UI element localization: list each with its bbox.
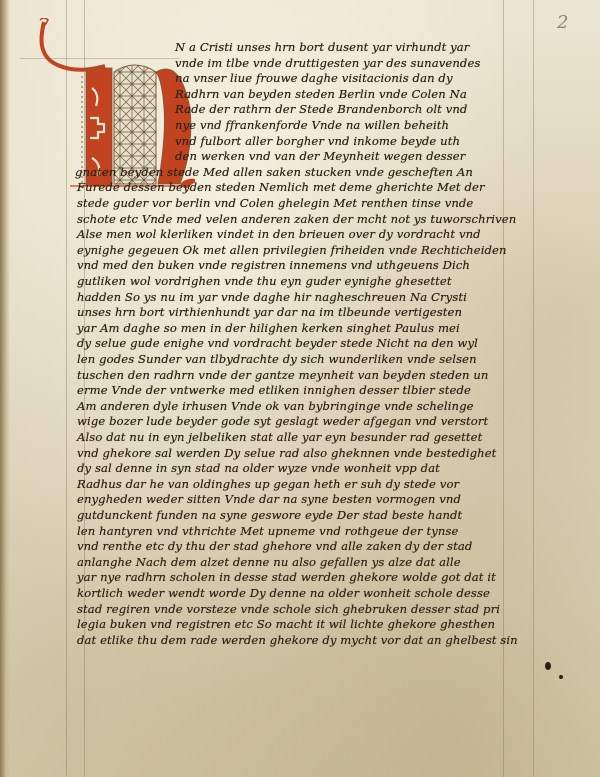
manuscript-line: nye vnd ffrankenforde Vnde na willen beh… [175,118,535,132]
manuscript-line: kortlich weder wendt worde Dy denne na o… [77,586,535,600]
manuscript-line: gnaten beyden stede Med allen saken stuc… [75,165,535,179]
decorated-initial-n-icon [30,18,195,188]
manuscript-line: N a Cristi unses hrn bort dusent yar vir… [175,40,535,54]
manuscript-line: Radhrn van beyden steden Berlin vnde Col… [175,87,535,101]
manuscript-line: erme Vnde der vntwerke med etliken innig… [77,383,535,397]
manuscript-line: tuschen den radhrn vnde der gantze meynh… [77,368,535,382]
manuscript-line: Alse men wol klerliken vindet in den bri… [77,227,535,241]
manuscript-line: vnd renthe etc dy thu der stad ghehore v… [77,539,535,553]
manuscript-line: den werken vnd van der Meynheit wegen de… [175,149,535,163]
manuscript-line: Rade der rathrn der Stede Brandenborch o… [175,102,535,116]
manuscript-line: dy selue gude enighe vnd vordracht beyde… [77,336,535,350]
manuscript-line: Also dat nu in eyn jelbeliken stat alle … [77,430,535,444]
manuscript-line: eynighe gegeuen Ok met allen privilegien… [77,243,535,257]
manuscript-line: vnd ghekore sal werden Dy selue rad also… [77,446,535,460]
folio-number: 2 [557,12,568,33]
manuscript-line: vnd fulbort aller borgher vnd inkome bey… [175,134,535,148]
manuscript-line: vnd med den buken vnde registren innemen… [77,258,535,272]
manuscript-line: yar Am daghe so men in der hilighen kerk… [77,321,535,335]
manuscript-line: schote etc Vnde med velen anderen zaken … [77,212,535,226]
ink-blot [545,662,551,670]
manuscript-line: len godes Sunder van tlbydrachte dy sich… [77,352,535,366]
manuscript-line: Furede dessen beyden steden Nemlich met … [77,180,535,194]
manuscript-line: Radhus dar he van oldinghes up gegan het… [77,477,535,491]
manuscript-line: unses hrn bort virthienhundt yar dar na … [77,305,535,319]
manuscript-line: hadden So ys nu im yar vnde daghe hir na… [77,290,535,304]
manuscript-line: stede guder vor berlin vnd Colen ghelegi… [77,196,535,210]
manuscript-line: na vnser liue frouwe daghe visitacionis … [175,71,535,85]
manuscript-line: anlanghe Nach dem alzet denne nu also ge… [77,555,535,569]
binding-gutter [0,0,10,777]
manuscript-line: len hantyren vnd vthrichte Met upneme vn… [77,524,535,538]
manuscript-line: yar nye radhrn scholen in desse stad wer… [77,570,535,584]
manuscript-line: wige bozer lude beyder gode syt geslagt … [77,414,535,428]
manuscript-line: Am anderen dyle irhusen Vnde ok van bybr… [77,399,535,413]
manuscript-line: dy sal denne in syn stad na older wyze v… [77,461,535,475]
manuscript-line: dat etlike thu dem rade werden ghekore d… [77,633,535,647]
ink-blot [559,675,563,679]
manuscript-page: 2 N a Cristi unses hrn bort dusent yar v… [0,0,600,777]
manuscript-line: gutliken wol vordrighen vnde thu eyn gud… [77,274,535,288]
manuscript-line: legia buken vnd registren etc So macht i… [77,617,535,631]
manuscript-line: enygheden weder sitten Vnde dar na syne … [77,492,535,506]
manuscript-line: stad regiren vnde vorsteze vnde schole s… [77,602,535,616]
manuscript-line: gutdunckent funden na syne geswore eyde … [77,508,535,522]
manuscript-line: vnde im tlbe vnde druttigesten yar des s… [175,56,535,70]
